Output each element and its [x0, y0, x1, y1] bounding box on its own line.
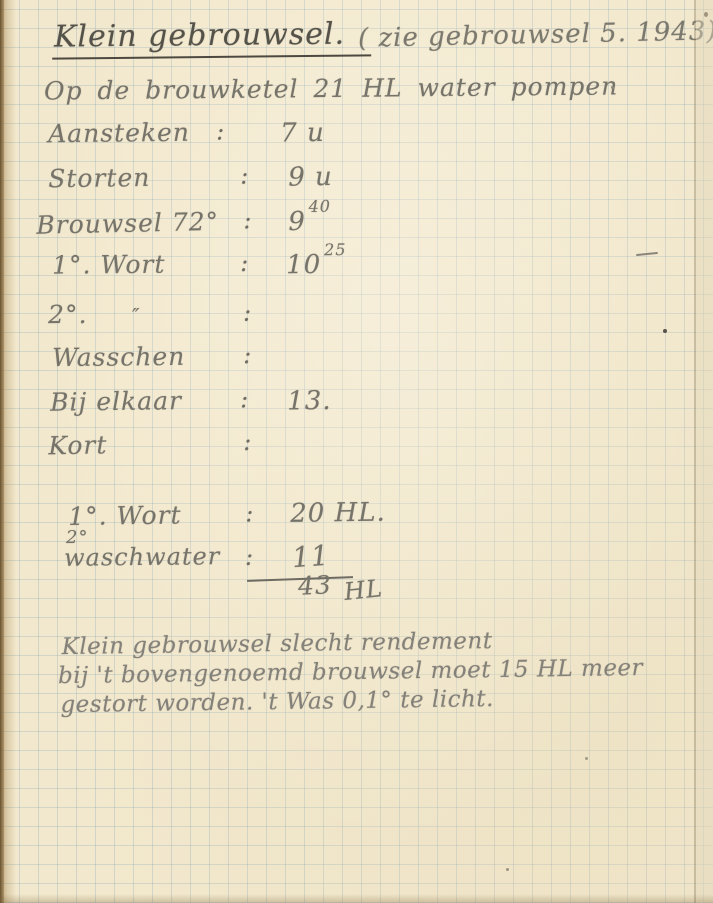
note-paragraph: Klein gebrouwsel slecht rendement bij 't… — [61, 626, 647, 712]
row-value: 9 u — [288, 160, 333, 192]
row-label: Storten — [48, 163, 151, 193]
row-value: 13. — [287, 384, 332, 416]
page-crease — [694, 0, 696, 903]
totals-wort-row: 1°. Wort : 20 HL. — [0, 493, 713, 503]
total-unit: HL — [343, 574, 385, 606]
notebook-page: Klein gebrouwsel. ( zie gebrouwsel 5. 19… — [0, 0, 713, 903]
washwater-label: waschwater — [64, 542, 221, 572]
row-label: Kort — [48, 430, 108, 460]
paper-speck — [663, 329, 667, 333]
page-bottom-shadow — [0, 894, 713, 903]
schedule-row: Wasschen : — [0, 336, 713, 343]
row-colon: : — [245, 543, 254, 571]
page-right-margin — [696, 0, 713, 903]
row-label: 1°. Wort — [52, 250, 166, 280]
row-label: Aansteken — [48, 118, 190, 148]
row-value: 20 HL. — [290, 498, 386, 529]
row-colon: : — [243, 341, 252, 369]
schedule-row: Bij elkaar : 13. — [0, 380, 713, 389]
note-line: Klein gebrouwsel slecht rendement — [61, 626, 646, 660]
pencil-dash-mark — [636, 252, 658, 256]
page-title: Klein gebrouwsel. — [52, 16, 371, 59]
note-line: bij 't bovengenoemd brouwsel moet 15 HL … — [58, 655, 643, 689]
row-colon: : — [243, 299, 252, 327]
schedule-row: Aansteken : 7 u — [0, 112, 713, 119]
row-label: Brouwsel 72° — [36, 207, 219, 240]
total-value: 43 — [297, 570, 332, 601]
row-colon: : — [245, 499, 254, 527]
row-label: Wasschen — [52, 342, 185, 372]
ditto-mark: ″ — [132, 304, 141, 328]
schedule-row: Brouwsel 72° : 940 — [0, 197, 713, 212]
row-label: 2°. — [48, 300, 88, 329]
row-label: Bij elkaar — [50, 386, 182, 417]
row-value: 940 — [288, 205, 329, 237]
row-colon: : — [216, 117, 225, 145]
paper-speck — [585, 757, 588, 760]
row-colon: : — [240, 161, 249, 189]
intro-line: Op de brouwketel 21 HL water pompen — [44, 71, 618, 105]
row-value: 1025 — [286, 248, 344, 280]
schedule-row: 1°. Wort : 1025 — [0, 245, 713, 251]
washwater-value: 11 — [291, 539, 331, 575]
row-colon: : — [240, 249, 249, 277]
title-note: ( zie gebrouwsel 5. 1943) — [358, 16, 713, 54]
row-value: 7 u — [280, 116, 325, 148]
row-colon: : — [243, 206, 253, 234]
row-colon: : — [243, 428, 253, 456]
binding-edge-core — [0, 0, 4, 903]
note-line: gestort worden. 't Was 0,1° te licht. — [60, 684, 645, 718]
paper-speck — [611, 86, 614, 89]
paper-speck — [506, 868, 509, 871]
schedule-row: 2°. ″ : — [0, 296, 713, 301]
row-colon: : — [240, 385, 249, 413]
schedule-row: Kort : — [0, 420, 713, 432]
schedule-row: Storten : 9 u — [0, 155, 713, 165]
